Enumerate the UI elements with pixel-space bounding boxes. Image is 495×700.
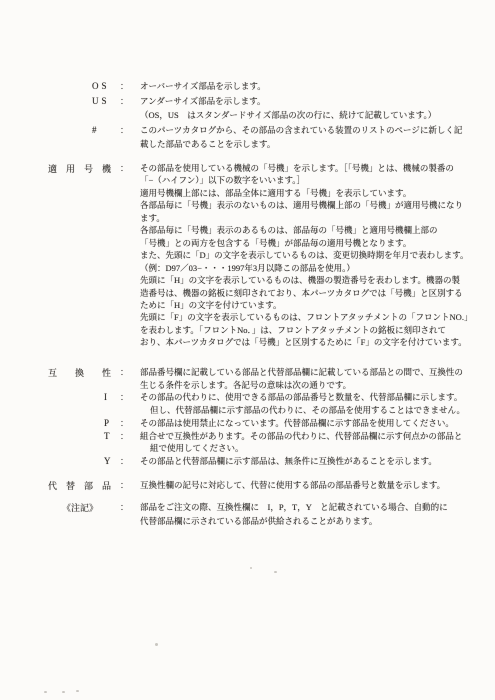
scan-speck [76, 690, 79, 692]
text-line: 組合せで互換性があります。その部品の代わりに、代替部品欄に示す何点かの部品と [140, 430, 462, 443]
scan-speck [250, 567, 252, 569]
compat-code-symbol: T [104, 430, 120, 443]
colon-separator: ： [120, 94, 140, 109]
legend-symbol-us: US [92, 94, 120, 109]
scan-speck [62, 691, 65, 693]
text-line: 載した部品であることを示します。 [140, 137, 462, 152]
text-line: 代替部品欄に示されている部品が供給されることがあります。 [140, 515, 480, 529]
colon-separator: ： [120, 501, 140, 513]
section-applicable-serial-no: 適 用 号 機 ： その部品を使用している機械の「号機」を示します。［「号機」と… [0, 162, 495, 349]
text-line: 造番号は、機器の銘板に刻印されており、本パーツカタログでは「号機」と区別する [140, 287, 480, 299]
compat-code-symbol: I [104, 391, 120, 404]
compat-code-row-i: I ： その部品の代わりに、使用できる部品の部品番号と数量を、代替部品欄に示しま… [104, 391, 480, 416]
section-heading: 適 用 号 機 [48, 162, 111, 175]
text-line: ために「H」の文字を付けています。 [140, 299, 480, 311]
colon-separator: ： [120, 123, 140, 138]
text-line: を表わします。「フロントNo．」は、フロントアタッチメントの銘板に刻印されて [140, 324, 480, 336]
section-heading: 《注記》 [62, 501, 98, 514]
size-symbols-legend: OS ： オーバーサイズ部品を示します。 US ： アンダーサイズ部品を示します… [92, 79, 462, 152]
text-line: （例：D97／03−・・・1997年3月以降この部品を使用。） [140, 262, 480, 274]
text-line: 部品をご注文の際、互換性欄に I，P，T，Y と記載されている場合、自動的に [140, 501, 480, 515]
compat-code-symbol: P [104, 417, 120, 430]
compat-code-row-p: P ： その部品は使用禁止になっています。代替部品欄に示す部品を使用してください… [104, 417, 480, 430]
text-line: 先頭に「H」の文字を表示しているものは、機器の製造番号を表わします。機器の製 [140, 274, 480, 286]
compat-code-row-t: T ： 組合せで互換性があります。その部品の代わりに、代替部品欄に示す何点かの部… [104, 430, 480, 455]
section-heading: 互 換 性 [48, 366, 111, 379]
text-line: 互換性欄の記号に対応して、代替に使用する部品の部品番号と数量を示します。 [140, 479, 480, 493]
section-heading: 代 替 部 品 [48, 479, 111, 492]
section-note: 《注記》 ： 部品をご注文の際、互換性欄に I，P，T，Y と記載されている場合… [0, 501, 495, 528]
text-line: 生じる条件を示します。各記号の意味は次の通りです。 [140, 379, 480, 392]
colon-separator: ： [120, 479, 140, 491]
text-line: その部品を使用している機械の「号機」を示します。［「号機」とは、機械の製番の [140, 162, 480, 174]
text-line: （OS，US はスタンダードサイズ部品の次の行に、続けて記載しています。） [140, 108, 436, 123]
colon-separator: ： [120, 391, 140, 404]
text-line: その部品の代わりに、使用できる部品の部品番号と数量を、代替部品欄に示します。 [140, 391, 465, 404]
text-line: また、先頭に「D」の文字を表示しているものは、変更切換時期を年月で表わします。 [140, 249, 480, 261]
scan-speck [155, 643, 158, 646]
text-line: その部品は使用禁止になっています。代替部品欄に示す部品を使用してください。 [140, 417, 454, 430]
colon-separator: ： [120, 79, 140, 94]
colon-separator: ： [120, 455, 140, 468]
text-line: 組で使用してください。 [150, 442, 462, 455]
text-line: オーバーサイズ部品を示します。 [140, 79, 266, 94]
text-line: 各部品毎に「号機」表示のないものは、適用号機欄上部の「号機」が適用号機になり [140, 199, 480, 211]
text-line: 「−（ハイフン）」以下の数字をいいます。］ [140, 174, 480, 186]
text-line: 但し、代替部品欄に示す部品の代わりに、その部品を使用することはできません。 [150, 404, 465, 417]
text-line: その部品と代替部品欄に示す部品は、無条件に互換性があることを示します。 [140, 455, 437, 468]
text-line: 先頭に「F」の文字を表示しているものは、フロントアタッチメントの「フロントNO.… [140, 311, 480, 323]
text-line: 各部品毎に「号機」表示のあるものは、部品毎の「号機」と適用号機欄上部の [140, 224, 480, 236]
section-interchangeability: 互 換 性 ： 部品番号欄に記載している部品と代替部品欄に記載している部品との間… [0, 366, 495, 468]
text-line: このパーツカタログから、その部品の含まれている装置のリストのページに新しく記 [140, 123, 462, 138]
legend-symbol-hash: # [92, 123, 120, 138]
section-substitute-parts: 代 替 部 品 ： 互換性欄の記号に対応して、代替に使用する部品の部品番号と数量… [0, 479, 495, 493]
colon-separator: ： [120, 430, 140, 443]
colon-separator: ： [120, 417, 140, 430]
compat-code-row-y: Y ： その部品と代替部品欄に示す部品は、無条件に互換性があることを示します。 [104, 455, 480, 468]
legend-row-hash: # ： このパーツカタログから、その部品の含まれている装置のリストのページに新し… [92, 123, 462, 152]
text-line: 部品番号欄に記載している部品と代替部品欄に記載している部品との間で、互換性の [140, 366, 480, 379]
compat-code-symbol: Y [104, 455, 120, 468]
legend-symbol-os: OS [92, 79, 120, 94]
text-line: ます。 [140, 212, 480, 224]
legend-row-os: OS ： オーバーサイズ部品を示します。 [92, 79, 462, 94]
scanned-document-page: OS ： オーバーサイズ部品を示します。 US ： アンダーサイズ部品を示します… [0, 0, 495, 700]
text-line: 「号機」との両方を包含する「号機」が部品毎の適用号機となります。 [140, 237, 480, 249]
colon-separator: ： [120, 366, 140, 378]
text-line: おり、本パーツカタログでは「号機」と区別するために「F」の文字を付けています。 [140, 336, 480, 348]
colon-separator: ： [120, 162, 140, 174]
scan-speck [44, 691, 47, 693]
text-line: 適用号機欄上部には、部品全体に適用する「号機」を表示しています。 [140, 187, 480, 199]
scan-speck [274, 571, 277, 573]
text-line: アンダーサイズ部品を示します。 [140, 94, 436, 109]
legend-row-us: US ： アンダーサイズ部品を示します。 （OS，US はスタンダードサイズ部品… [92, 94, 462, 123]
